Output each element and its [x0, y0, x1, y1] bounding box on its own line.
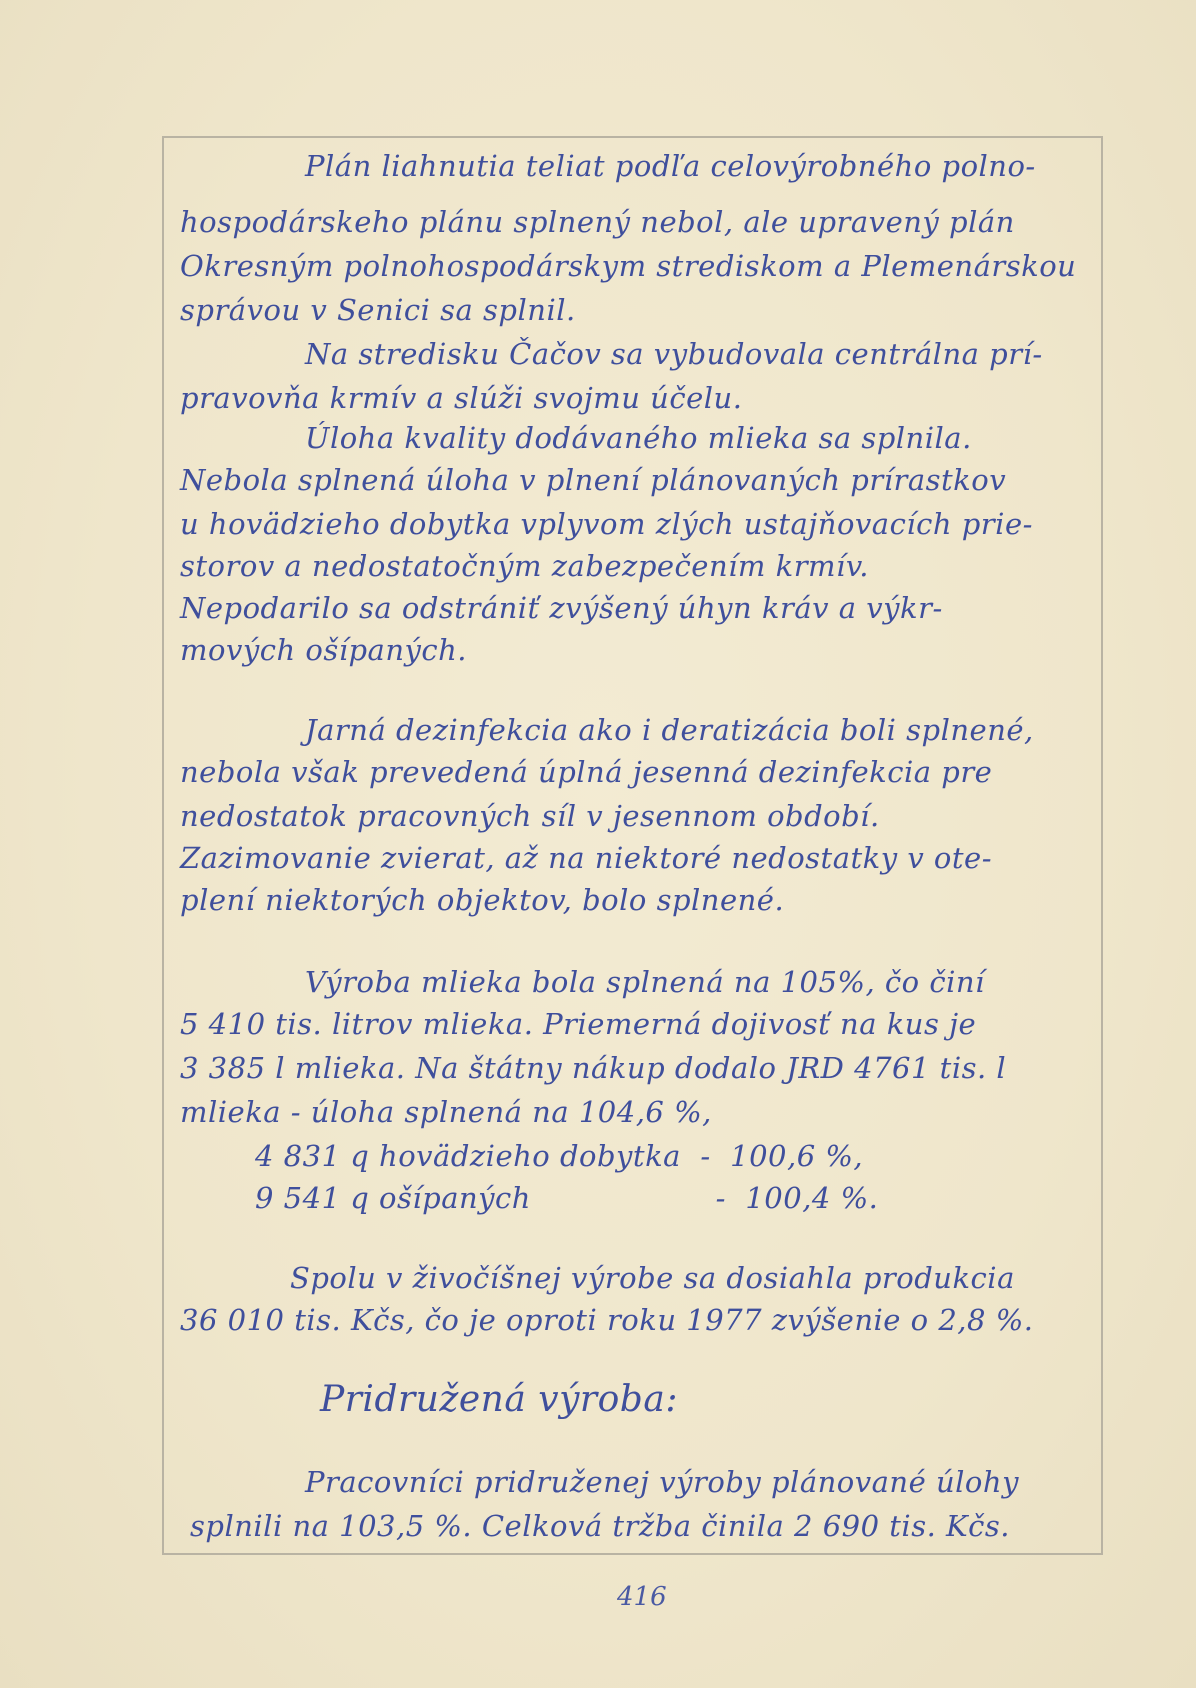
text-line: storov a nedostatočným zabezpečením krmí… — [180, 552, 869, 581]
text-line: nedostatok pracovných síl v jesennom obd… — [180, 802, 880, 831]
text-line: hospodárskeho plánu splnený nebol, ale u… — [180, 208, 1015, 237]
text-line: 3 385 l mlieka. Na štátny nákup dodalo J… — [180, 1054, 1006, 1083]
text-line: Spolu v živočíšnej výrobe sa dosiahla pr… — [290, 1264, 1015, 1293]
text-line: pravovňa krmív a slúži svojmu účelu. — [180, 384, 742, 413]
text-line: Jarná dezinfekcia ako i deratizácia boli… — [305, 716, 1034, 745]
section-heading: Pridružená výroba: — [320, 1382, 678, 1418]
text-line: Nebola splnená úloha v plnení plánovanýc… — [180, 466, 1006, 495]
text-line: mlieka - úloha splnená na 104,6 %, — [180, 1098, 712, 1127]
text-line: Výroba mlieka bola splnená na 105%, čo č… — [305, 968, 985, 997]
text-line: 4 831 q hovädzieho dobytka - 100,6 %, — [255, 1142, 863, 1171]
text-line: 36 010 tis. Kčs, čo je oproti roku 1977 … — [180, 1306, 1033, 1335]
text-line: Okresným polnohospodárskym strediskom a … — [180, 252, 1076, 281]
text-line: nebola však prevedená úplná jesenná dezi… — [180, 758, 992, 787]
text-line: Pracovníci pridruženej výroby plánované … — [305, 1468, 1019, 1497]
text-line: plení niektorých objektov, bolo splnené. — [180, 886, 784, 915]
text-line: Na stredisku Čačov sa vybudovala centrál… — [305, 340, 1043, 369]
text-line: Úloha kvality dodávaného mlieka sa splni… — [305, 424, 972, 453]
text-line: Nepodarilo sa odstrániť zvýšený úhyn krá… — [180, 594, 943, 623]
text-line: Plán liahnutia teliat podľa celovýrobnéh… — [305, 152, 1036, 181]
text-line: splnili na 103,5 %. Celková tržba činila… — [190, 1512, 1010, 1541]
text-line: mových ošípaných. — [180, 636, 467, 665]
handwritten-page: Plán liahnutia teliat podľa celovýrobnéh… — [0, 0, 1196, 1688]
text-line: u hovädzieho dobytka vplyvom zlých ustaj… — [180, 510, 1033, 539]
text-line: správou v Senici sa splnil. — [180, 296, 576, 325]
page-number: 416 — [617, 1582, 667, 1612]
text-line: 5 410 tis. litrov mlieka. Priemerná doji… — [180, 1010, 976, 1039]
text-line: 9 541 q ošípaných - 100,4 %. — [255, 1184, 878, 1213]
text-line: Zazimovanie zvierat, až na niektoré nedo… — [180, 844, 992, 873]
